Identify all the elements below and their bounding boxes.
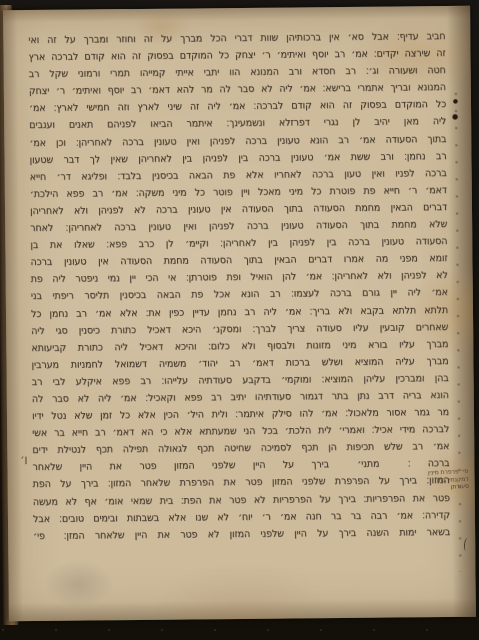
wormhole [453, 99, 458, 104]
text-line: בשאר ימות השנה בירך על היין שלפני המזון … [33, 524, 450, 545]
wormhole [452, 114, 458, 120]
manuscript-photo: חביב עדיף׃ אבל סא׳ אין ברכותיהן שוות דבר… [0, 0, 479, 640]
backdrop-specks [0, 622, 479, 640]
main-text-block: חביב עדיף׃ אבל סא׳ אין ברכותיהן שוות דבר… [28, 28, 450, 545]
margin-scribal-mark: ן׳ [20, 454, 27, 465]
pricking-holes [454, 92, 463, 572]
parchment-page: חביב עדיף׃ אבל סא׳ אין ברכותיהן שוות דבר… [3, 6, 476, 621]
